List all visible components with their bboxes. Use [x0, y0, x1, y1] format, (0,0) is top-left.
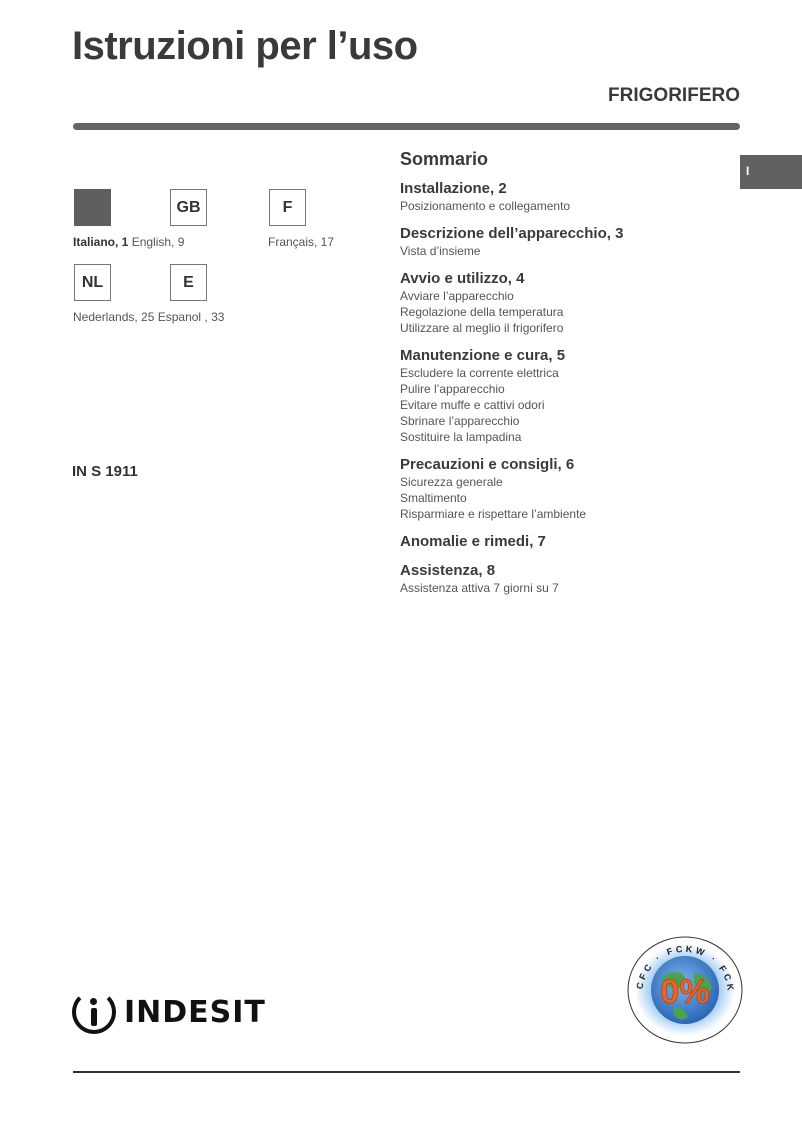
toc-subitem: Pulire l’apparecchio [400, 381, 730, 397]
toc-section: Descrizione dell’apparecchio, 3Vista d’i… [400, 225, 730, 259]
logo-text: INDESIT [124, 995, 266, 1030]
toc-subitem: Smaltimento [400, 490, 730, 506]
toc-section: Precauzioni e consigli, 6Sicurezza gener… [400, 456, 730, 522]
indesit-logo: INDESIT [72, 990, 266, 1034]
toc-section-heading: Installazione, 2 [400, 180, 730, 198]
lang-label-italiano: Italiano, 1 [73, 235, 128, 249]
lang-label-english: English, 9 [128, 235, 184, 249]
lang-box-e: E [170, 264, 207, 301]
lang-label-row2: Nederlands, 25 Espanol , 33 [73, 310, 224, 324]
lang-box-nl: NL [74, 264, 111, 301]
power-i-icon [72, 990, 116, 1034]
toc-section-heading: Descrizione dell’apparecchio, 3 [400, 225, 730, 243]
toc-title: Sommario [400, 148, 730, 170]
globe-icon: 0% CFC · FCKW · FCK [626, 935, 744, 1045]
toc-section-heading: Anomalie e rimedi, 7 [400, 533, 730, 551]
toc-subitem: Avviare l’apparecchio [400, 288, 730, 304]
lang-box-gb: GB [170, 189, 207, 226]
footer-divider [73, 1071, 740, 1073]
toc-section: Anomalie e rimedi, 7 [400, 533, 730, 551]
svg-text:0%: 0% [660, 973, 709, 1011]
toc-section-heading: Avvio e utilizzo, 4 [400, 270, 730, 288]
product-type: FRIGORIFERO [608, 85, 740, 107]
toc-subitem: Vista d’insieme [400, 243, 730, 259]
toc-subitem: Sostituire la lampadina [400, 429, 730, 445]
toc-subitem: Escludere la corrente elettrica [400, 365, 730, 381]
model-number: IN S 1911 [72, 463, 138, 480]
toc-subitem: Regolazione della temperatura [400, 304, 730, 320]
toc-section: Installazione, 2Posizionamento e collega… [400, 180, 730, 214]
toc-subitem: Assistenza attiva 7 giorni su 7 [400, 580, 730, 596]
toc-subitem: Utilizzare al meglio il frigorifero [400, 320, 730, 336]
lang-label-francais: Français, 17 [268, 235, 334, 249]
language-tab-label: I [746, 164, 749, 178]
header-divider [73, 123, 740, 130]
lang-box-f: F [269, 189, 306, 226]
toc-subitem: Posizionamento e collegamento [400, 198, 730, 214]
toc-section-heading: Precauzioni e consigli, 6 [400, 456, 730, 474]
toc-section-heading: Assistenza, 8 [400, 562, 730, 580]
toc-subitem: Sicurezza generale [400, 474, 730, 490]
toc-subitem: Risparmiare e rispettare l’ambiente [400, 506, 730, 522]
toc-section-heading: Manutenzione e cura, 5 [400, 347, 730, 365]
document-title: Istruzioni per l’uso [72, 22, 418, 70]
toc-section: Avvio e utilizzo, 4Avviare l’apparecchio… [400, 270, 730, 336]
cfc-free-badge: 0% CFC · FCKW · FCK [626, 935, 744, 1045]
table-of-contents: Sommario Installazione, 2Posizionamento … [400, 148, 730, 607]
language-tab: I [740, 155, 802, 189]
toc-subitem: Sbrinare l’apparecchio [400, 413, 730, 429]
toc-section: Assistenza, 8Assistenza attiva 7 giorni … [400, 562, 730, 596]
toc-section: Manutenzione e cura, 5Escludere la corre… [400, 347, 730, 445]
lang-box-it [74, 189, 111, 226]
lang-label-row1: Italiano, 1 English, 9 [73, 235, 184, 249]
toc-subitem: Evitare muffe e cattivi odori [400, 397, 730, 413]
